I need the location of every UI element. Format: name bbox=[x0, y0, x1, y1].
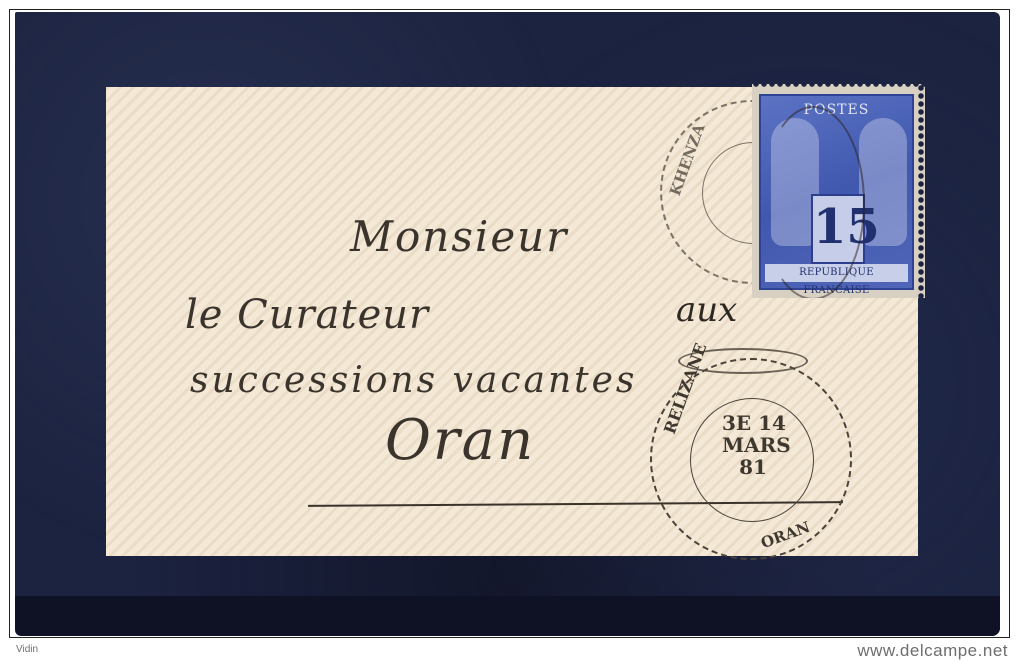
address-line-2: le Curateur bbox=[185, 292, 429, 338]
stamp-perforations bbox=[752, 84, 925, 298]
address-line-1: Monsieur bbox=[350, 212, 568, 261]
arrival-postmark-date: 3E 14 MARS 81 bbox=[722, 412, 784, 478]
postmark-day: 3E 14 bbox=[722, 412, 784, 434]
postmark-month: MARS bbox=[722, 434, 784, 456]
postmark-year: 81 bbox=[722, 456, 784, 478]
arrival-postmark: RELIZANE 3E 14 MARS 81 ORAN bbox=[650, 358, 852, 560]
postage-stamp: POSTES 15 REPUBLIQUE FRANCAISE bbox=[752, 84, 925, 298]
site-watermark: www.delcampe.net bbox=[857, 641, 1008, 661]
address-line-3: successions vacantes bbox=[190, 360, 637, 401]
address-annotation: aux bbox=[676, 290, 737, 330]
address-line-4: Oran bbox=[385, 408, 535, 473]
seller-label: Vidin bbox=[16, 644, 38, 655]
